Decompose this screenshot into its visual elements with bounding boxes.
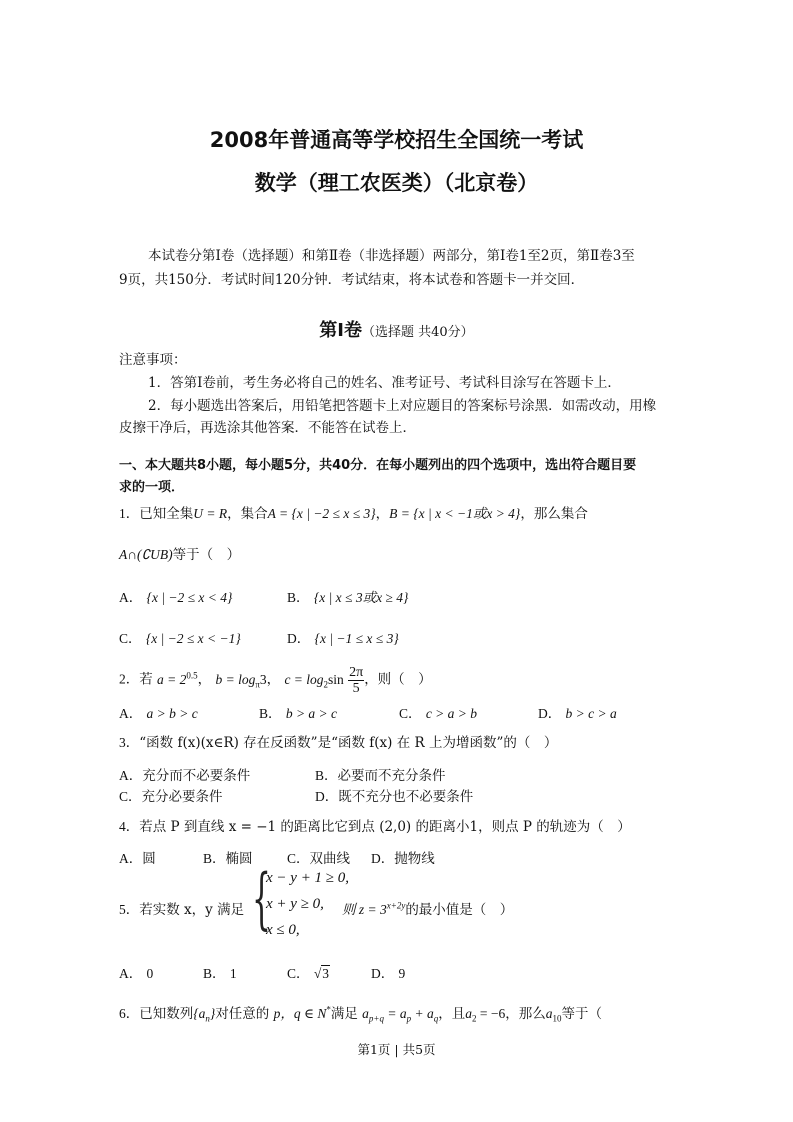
q4-text: 若点 P 到直线 x = −1 的距离比它到点 (2,0) 的距离小1，则点 P… (139, 819, 631, 835)
q5-text: 若实数 x，y 满足 (139, 902, 244, 918)
option-text: {x | −2 ≤ x < −1} (146, 631, 241, 646)
q4-option-a[interactable]: A．圆 (119, 847, 156, 867)
q2-a-expr: a = 20.5 (157, 672, 198, 687)
q6-pq: p，q ∈ N* (274, 1006, 331, 1021)
option-label: B． (259, 706, 282, 721)
q2-option-d[interactable]: D． b > c > a (538, 702, 617, 722)
option-label: D． (371, 851, 394, 866)
q1-set-b: B = {x | x < −1或x > 4} (389, 506, 520, 521)
q5-option-a[interactable]: A． 0 (119, 962, 153, 982)
option-text: 充分必要条件 (142, 789, 223, 805)
q1-option-c[interactable]: C． {x | −2 ≤ x < −1} (119, 627, 241, 647)
option-label: C． (287, 851, 310, 866)
q5-text: 的最小值是（ ） (405, 902, 513, 918)
q5-option-d[interactable]: D． 9 (371, 962, 405, 982)
q6-text: ，那么 (505, 1006, 546, 1022)
section-heading: 第Ⅰ卷（选择题 共40分） (0, 316, 793, 342)
option-label: B． (203, 851, 226, 866)
question-number: 5． (119, 902, 139, 917)
q4-option-d[interactable]: D．抛物线 (371, 847, 435, 867)
page-footer: 第1页 | 共5页 (0, 1040, 793, 1058)
q6-a10: a10 (546, 1006, 562, 1021)
q6-relation: ap+q = ap + aq (362, 1006, 438, 1021)
question-1: 1．已知全集U = R，集合A = {x | −2 ≤ x ≤ 3}，B = {… (119, 502, 588, 522)
rel-a: a (362, 1006, 369, 1021)
option-label: C． (119, 789, 142, 804)
question-3: 3．“函数 f(x)(x∈R) 存在反函数”是“函数 f(x) 在 R 上为增函… (119, 731, 557, 751)
rel-a3: + a (411, 1006, 434, 1021)
question-5-tail: 则 z = 3x+2y的最小值是（ ） (342, 898, 513, 918)
note-item-2-line-1: 2．每小题选出答案后，用铅笔把答题卡上对应题目的答案标号涂黑．如需改动，用橡 (148, 394, 656, 414)
q1-option-a[interactable]: A． {x | −2 ≤ x < 4} (119, 586, 232, 606)
option-label: C． (287, 966, 310, 981)
question-2: 2．若 a = 20.5， b = logπ3， c = log2sin 2π5… (119, 660, 432, 699)
a2: a (465, 1006, 472, 1021)
q1-text: ， (376, 506, 390, 522)
option-label: A． (119, 590, 142, 605)
q6-sequence: {an} (193, 1006, 215, 1021)
exam-subtitle: 数学（理工农医类）（北京卷） (0, 167, 793, 197)
option-label: A． (119, 706, 142, 721)
option-label: B． (203, 966, 226, 981)
q3-option-a[interactable]: A．充分而不必要条件 (119, 764, 250, 784)
q2-option-c[interactable]: C． c > a > b (399, 702, 477, 722)
q5-exponent: x+2y (387, 901, 406, 911)
option-label: D． (287, 631, 310, 646)
option-text: {x | −1 ≤ x ≤ 3} (315, 631, 399, 646)
rel-sub: p+q (369, 1014, 384, 1024)
option-text: 0 (147, 966, 154, 981)
option-text: 1 (230, 966, 237, 981)
inequality-1: x − y + 1 ≥ 0, (266, 870, 349, 887)
option-text: {x | x ≤ 3或x ≥ 4} (314, 590, 409, 605)
q3-option-d[interactable]: D．既不充分也不必要条件 (315, 785, 473, 805)
intro-line-1: 本试卷分第Ⅰ卷（选择题）和第Ⅱ卷（非选择题）两部分，第Ⅰ卷1至2页，第Ⅱ卷3至 (148, 244, 635, 264)
option-text: 3 (321, 965, 330, 981)
question-1-continued: A∩(∁UB)等于（ ） (119, 543, 240, 563)
option-text: 充分而不必要条件 (142, 768, 250, 784)
q3-text: “函数 f(x)(x∈R) 存在反函数”是“函数 f(x) 在 R 上为增函数”… (139, 735, 557, 751)
q2-c-expr: c = log2sin (284, 672, 343, 687)
note-item-2-line-2: 皮擦干净后，再选涂其他答案．不能答在试卷上． (119, 416, 416, 436)
question-6: 6．已知数列{an}对任意的 p，q ∈ N*满足 ap+q = ap + aq… (119, 1002, 602, 1024)
option-text: 圆 (142, 851, 156, 867)
inequality-3: x ≤ 0, (266, 922, 300, 939)
option-text: c > a > b (426, 706, 477, 721)
option-text: 9 (399, 966, 406, 981)
option-text: b > a > c (286, 706, 337, 721)
section-subtitle: （选择题 共40分） (362, 325, 474, 340)
q2-option-a[interactable]: A． a > b > c (119, 702, 198, 722)
q5-option-b[interactable]: B． 1 (203, 962, 237, 982)
q2-b-arg: 3 (260, 672, 267, 687)
q6-text: 已知数列 (139, 1006, 193, 1022)
q3-option-c[interactable]: C．充分必要条件 (119, 785, 223, 805)
option-label: B． (287, 590, 310, 605)
q4-option-b[interactable]: B．椭圆 (203, 847, 253, 867)
question-number: 2． (119, 672, 139, 687)
q1-text: ，那么集合 (520, 506, 588, 522)
q2-a-exponent: 0.5 (186, 670, 197, 680)
q1-text: ，集合 (227, 506, 268, 522)
part1-instructions-line-1: 一、本大题共8小题，每小题5分，共40分．在每小题列出的四个选项中，选出符合题目… (119, 454, 636, 473)
q1-expression: A∩(∁UB) (119, 547, 173, 562)
seq-open: {a (193, 1006, 205, 1021)
inequality-2: x + y ≥ 0, (266, 896, 324, 913)
question-number: 4． (119, 819, 139, 834)
option-text: b > c > a (566, 706, 617, 721)
option-text: 抛物线 (394, 851, 435, 867)
q6-text: 对任意的 (215, 1006, 269, 1022)
pq-set: p，q ∈ N (274, 1006, 327, 1021)
q6-text: ，且 (438, 1006, 465, 1022)
fraction-numerator: 2π (348, 665, 364, 681)
q5-z-expr: 则 z = 3 (342, 902, 387, 917)
option-text: 双曲线 (310, 851, 351, 867)
question-4: 4．若点 P 到直线 x = −1 的距离比它到点 (2,0) 的距离小1，则点… (119, 815, 631, 835)
q2-a-base: a = 2 (157, 672, 186, 687)
q6-a2: a2 = −6 (465, 1006, 505, 1021)
sqrt-icon: √3 (314, 966, 330, 982)
q5-option-c[interactable]: C． √3 (287, 962, 330, 982)
note-item-1: 1．答第Ⅰ卷前，考生务必将自己的姓名、准考证号、考试科目涂写在答题卡上． (148, 371, 621, 391)
option-label: C． (119, 631, 142, 646)
rel-a2: = a (384, 1006, 407, 1021)
option-text: 椭圆 (226, 851, 253, 867)
q1-option-b[interactable]: B． {x | x ≤ 3或x ≥ 4} (287, 586, 408, 606)
intro-line-2: 9页，共150分．考试时间120分钟．考试结束，将本试卷和答题卡一并交回． (119, 268, 584, 288)
part1-instructions-line-2: 求的一项． (119, 476, 184, 495)
q1-text: 已知全集 (139, 506, 193, 522)
question-number: 6． (119, 1006, 139, 1021)
q1-set-a: A = {x | −2 ≤ x ≤ 3} (268, 506, 376, 521)
q4-option-c[interactable]: C．双曲线 (287, 847, 350, 867)
q2-b-log: b = log (215, 672, 255, 687)
question-number: 1． (119, 506, 139, 521)
q2-fraction: 2π5 (348, 665, 364, 696)
exam-title: 2008年普通高等学校招生全国统一考试 (0, 124, 793, 154)
option-text: 必要而不充分条件 (338, 768, 446, 784)
option-label: C． (399, 706, 422, 721)
section-title: 第Ⅰ卷 (319, 320, 362, 341)
q2-text: 若 (139, 672, 153, 688)
q2-b-expr: b = logπ3 (215, 672, 266, 687)
option-label: B． (315, 768, 338, 783)
option-text: 既不充分也不必要条件 (338, 789, 473, 805)
q6-text: 满足 (331, 1006, 358, 1022)
a2-val: = −6 (476, 1006, 505, 1021)
option-text: {x | −2 ≤ x < 4} (147, 590, 233, 605)
q2-option-b[interactable]: B． b > a > c (259, 702, 337, 722)
option-label: D． (538, 706, 561, 721)
question-number: 3． (119, 735, 139, 750)
option-label: A． (119, 851, 142, 866)
q5-inequality-system: { x − y + 1 ≥ 0, x + y ≥ 0, x ≤ 0, (252, 870, 352, 946)
option-label: A． (119, 966, 142, 981)
notes-heading: 注意事项： (119, 348, 187, 368)
q2-text: ，则（ ） (364, 672, 432, 688)
q2-c-log: c = log (284, 672, 323, 687)
option-label: D． (371, 966, 394, 981)
q1-option-d[interactable]: D． {x | −1 ≤ x ≤ 3} (287, 627, 399, 647)
option-label: A． (119, 768, 142, 783)
q2-c-sin: sin (328, 672, 344, 687)
fraction-denominator: 5 (348, 681, 364, 696)
q1-text: 等于（ ） (173, 547, 241, 563)
q1-universal-set: U = R (193, 506, 227, 521)
q3-option-b[interactable]: B．必要而不充分条件 (315, 764, 446, 784)
option-label: D． (315, 789, 338, 804)
option-text: a > b > c (147, 706, 198, 721)
q6-text: 等于（ (561, 1006, 602, 1022)
question-5-intro: 5．若实数 x，y 满足 (119, 898, 244, 918)
